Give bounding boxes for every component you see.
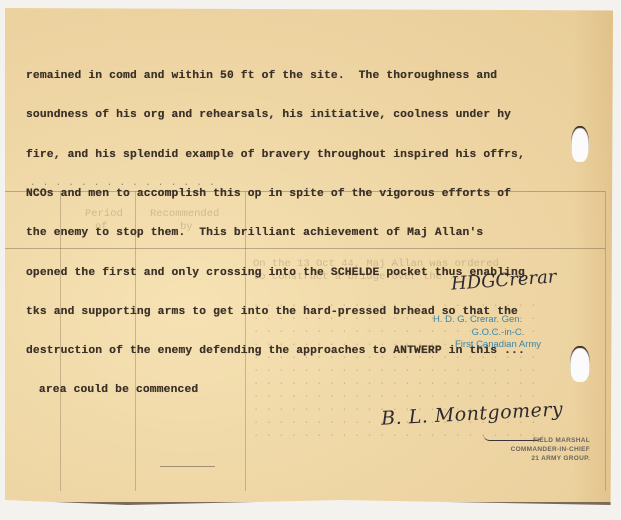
stamp-line: G.O.C.-in-C. bbox=[433, 327, 563, 340]
stamp-line: First Canadian Army bbox=[433, 339, 563, 352]
body-line: remained in comd and within 50 ft of the… bbox=[26, 70, 586, 83]
body-line: soundness of his org and rehearsals, his… bbox=[26, 109, 586, 122]
stamp-line: FIELD MARSHAL bbox=[475, 436, 590, 445]
trailing-dots: . . . . . . . . . . . . . . . bbox=[30, 178, 216, 188]
punch-hole bbox=[571, 126, 589, 162]
stamp-line: COMMANDER-IN-CHIEF bbox=[475, 445, 590, 454]
stamp-line: H. D. G. Crerar. Gen. bbox=[433, 314, 563, 327]
stamp-montgomery: FIELD MARSHAL COMMANDER-IN-CHIEF 21 ARMY… bbox=[475, 436, 590, 463]
ghost-column-rule bbox=[605, 191, 606, 491]
punch-hole bbox=[570, 346, 590, 382]
stamp-line: 21 ARMY GROUP. bbox=[475, 454, 590, 463]
body-line: fire, and his splendid example of braver… bbox=[26, 149, 586, 162]
body-line: the enemy to stop them. This brilliant a… bbox=[26, 227, 586, 240]
typed-body: remained in comd and within 50 ft of the… bbox=[26, 44, 586, 424]
ghost-underline bbox=[160, 466, 215, 467]
body-line: area could be commenced bbox=[26, 384, 586, 397]
document-page: Recommended by Period of On the 13 Oct 4… bbox=[5, 8, 613, 505]
body-line: NCOs and men to accomplish this op in sp… bbox=[26, 188, 586, 201]
stamp-crerar: H. D. G. Crerar. Gen. G.O.C.-in-C. First… bbox=[433, 314, 563, 352]
